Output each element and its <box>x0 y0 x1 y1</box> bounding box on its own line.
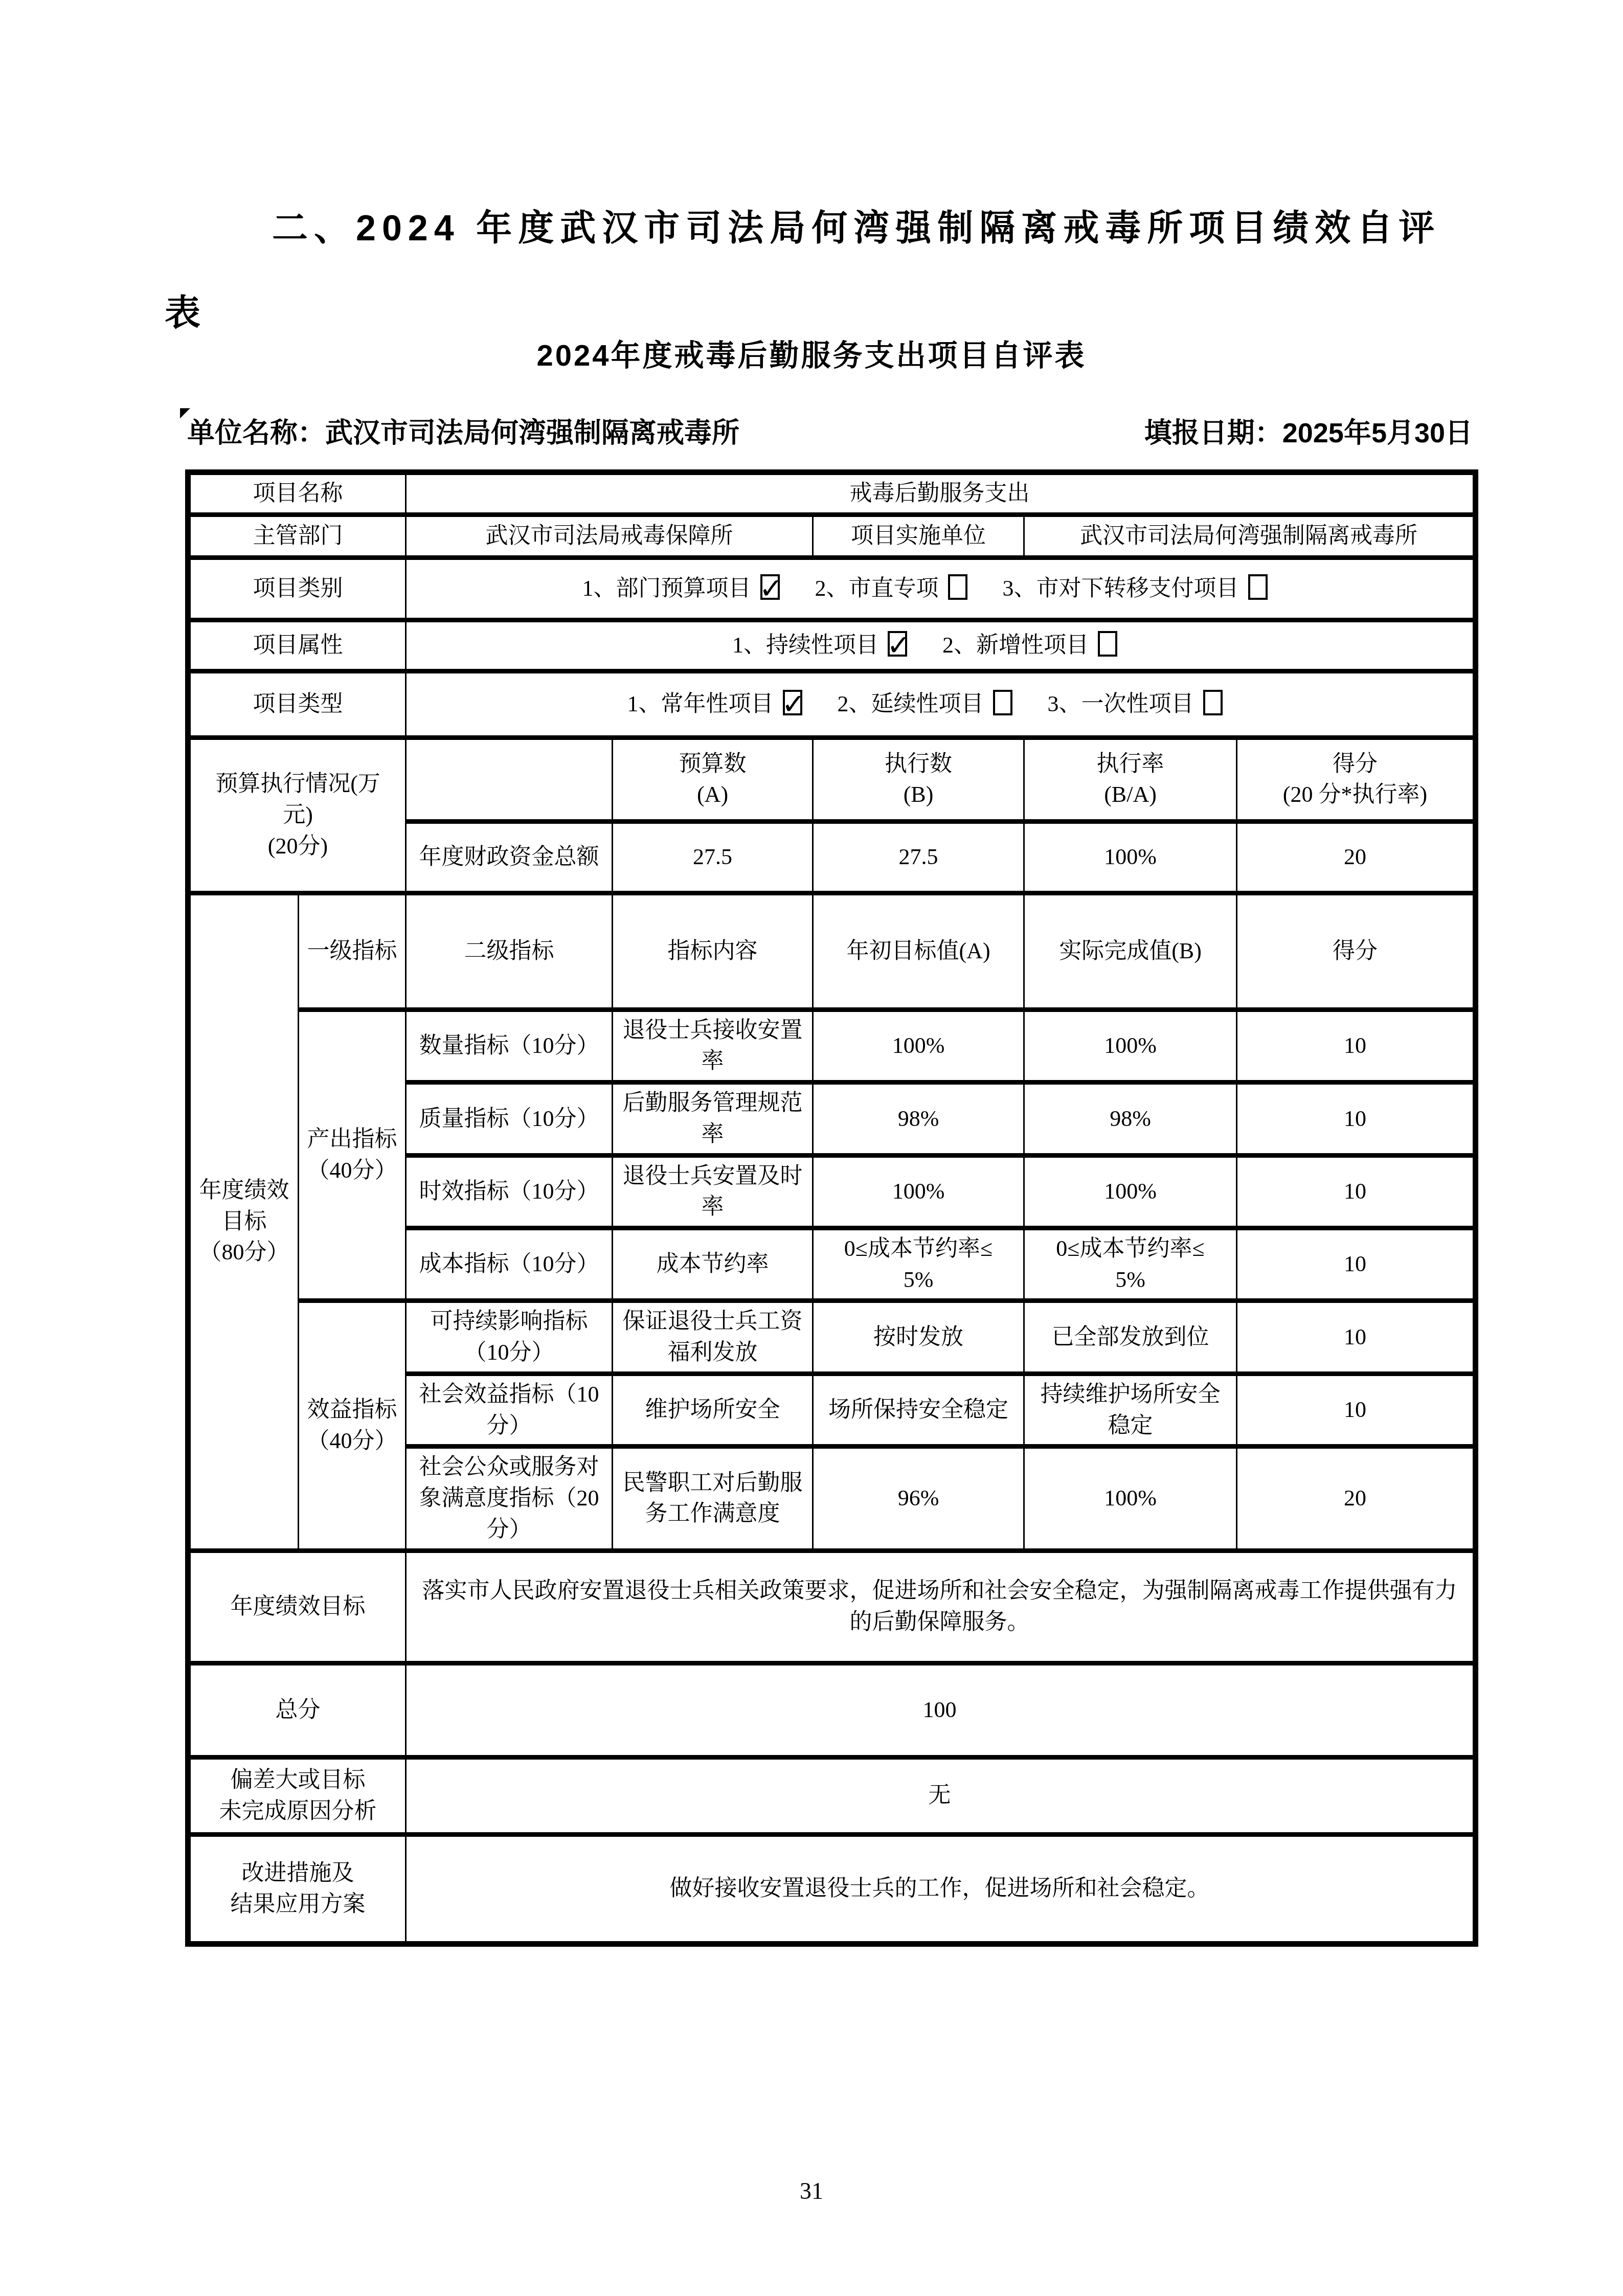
option-continuous-project: 1、持续性项目 <box>732 630 907 661</box>
cell-project-name-label: 项目名称 <box>188 472 406 515</box>
cell-social-benefit-actual: 持续维护场所安全 稳定 <box>1024 1374 1237 1446</box>
cell-deviation-value: 无 <box>406 1757 1476 1834</box>
checkbox-new-project[interactable] <box>1098 631 1117 657</box>
report-date-label: 填报日期： <box>1144 418 1282 448</box>
cell-satisfaction-score: 20 <box>1237 1447 1476 1550</box>
checkbox-extended-project[interactable] <box>993 690 1012 715</box>
option-city-special: 2、市直专项 <box>815 573 967 604</box>
checkbox-city-special[interactable] <box>948 574 967 600</box>
cell-header-content: 指标内容 <box>613 893 813 1009</box>
cell-satisfaction-indicator: 社会公众或服务对 象满意度指标（20 分） <box>406 1447 613 1550</box>
cell-attribute-options: 1、持续性项目 2、新增性项目 <box>406 620 1476 671</box>
cell-sustain-content: 保证退役士兵工资 福利发放 <box>613 1301 813 1374</box>
report-date: 填报日期：2025年5月30日 <box>1144 411 1473 451</box>
cell-benefit-group-label: 效益指标 （40分） <box>299 1301 406 1550</box>
cell-social-benefit-indicator: 社会效益指标（10 分） <box>406 1374 613 1446</box>
option-one-time-project: 3、一次性项目 <box>1048 689 1223 720</box>
cell-total-score-value: 100 <box>406 1663 1476 1757</box>
cell-satisfaction-content: 民警职工对后勤服 务工作满意度 <box>613 1447 813 1550</box>
option-new-project: 2、新增性项目 <box>942 630 1117 661</box>
table-row: 产出指标 （40分） 数量指标（10分） 退役士兵接收安置 率 100% 100… <box>188 1009 1476 1082</box>
cell-improvement-label: 改进措施及 结果应用方案 <box>188 1834 406 1944</box>
cell-cost-content: 成本节约率 <box>613 1228 813 1301</box>
cell-annual-goal-value: 落实市人民政府安置退役士兵相关政策要求，促进场所和社会安全稳定，为强制隔离戒毒工… <box>406 1550 1476 1663</box>
cell-budget-row-rate: 100% <box>1024 821 1237 893</box>
cell-sustain-target: 按时发放 <box>813 1301 1024 1374</box>
form-info-line: 单位名称：武汉市司法局何湾强制隔离戒毒所 填报日期：2025年5月30日 <box>187 411 1473 451</box>
document-page: 二、2024 年度武汉市司法局何湾强制隔离戒毒所项目绩效自评 表 2024年度戒… <box>0 0 1623 2296</box>
cell-header-actual: 实际完成值(B) <box>1024 893 1237 1009</box>
unit-name-value: 武汉市司法局何湾强制隔离戒毒所 <box>325 418 739 448</box>
report-date-value: 2025年5月30日 <box>1282 418 1473 448</box>
cell-budget-header-score: 得分 (20 分*执行率) <box>1237 737 1476 821</box>
cell-dept-label: 主管部门 <box>188 514 406 557</box>
table-row: 年度绩效目标 落实市人民政府安置退役士兵相关政策要求，促进场所和社会安全稳定，为… <box>188 1550 1476 1663</box>
option-label: 3、市对下转移支付项目 <box>1003 576 1239 601</box>
option-extended-project: 2、延续性项目 <box>838 689 1012 720</box>
cell-budget-row-budget: 27.5 <box>613 821 813 893</box>
table-row: 改进措施及 结果应用方案 做好接收安置退役士兵的工作，促进场所和社会稳定。 <box>188 1834 1476 1944</box>
cell-quantity-indicator: 数量指标（10分） <box>406 1009 613 1082</box>
cell-budget-header-budget: 预算数 (A) <box>613 737 813 821</box>
cell-attribute-label: 项目属性 <box>188 620 406 671</box>
table-row: 项目名称 戒毒后勤服务支出 <box>188 472 1476 515</box>
cell-type-label: 项目类型 <box>188 671 406 737</box>
cell-header-target: 年初目标值(A) <box>813 893 1024 1009</box>
cell-quantity-content: 退役士兵接收安置 率 <box>613 1009 813 1082</box>
cell-project-name-value: 戒毒后勤服务支出 <box>406 472 1476 515</box>
cell-timeliness-content: 退役士兵安置及时 率 <box>613 1155 813 1228</box>
option-label: 2、新增性项目 <box>942 633 1089 658</box>
cell-quality-indicator: 质量指标（10分） <box>406 1083 613 1155</box>
self-evaluation-table: 项目名称 戒毒后勤服务支出 主管部门 武汉市司法局戒毒保障所 项目实施单位 武汉… <box>185 469 1478 1947</box>
cell-cost-indicator: 成本指标（10分） <box>406 1228 613 1301</box>
cell-sustain-indicator: 可持续影响指标 （10分） <box>406 1301 613 1374</box>
table-row: 主管部门 武汉市司法局戒毒保障所 项目实施单位 武汉市司法局何湾强制隔离戒毒所 <box>188 514 1476 557</box>
cell-improvement-value: 做好接收安置退役士兵的工作，促进场所和社会稳定。 <box>406 1834 1476 1944</box>
cell-cost-target: 0≤成本节约率≤ 5% <box>813 1228 1024 1301</box>
checkbox-perennial-project[interactable] <box>783 690 802 715</box>
cell-header-score: 得分 <box>1237 893 1476 1009</box>
option-perennial-project: 1、常年性项目 <box>627 689 802 720</box>
cell-budget-row-exec: 27.5 <box>813 821 1024 893</box>
table-row: 年度绩效 目标 （80分） 一级指标 二级指标 指标内容 年初目标值(A) 实际… <box>188 893 1476 1009</box>
table-row: 项目属性 1、持续性项目 2、新增性项目 <box>188 620 1476 671</box>
option-label: 1、持续性项目 <box>732 633 878 658</box>
cell-budget-row-name: 年度财政资金总额 <box>406 821 613 893</box>
cell-total-score-label: 总分 <box>188 1663 406 1757</box>
cell-impl-unit-label: 项目实施单位 <box>813 514 1024 557</box>
cell-budget-empty <box>406 737 613 821</box>
option-label: 2、延续性项目 <box>838 691 984 716</box>
cell-quality-content: 后勤服务管理规范 率 <box>613 1083 813 1155</box>
cell-quality-actual: 98% <box>1024 1083 1237 1155</box>
cell-category-label: 项目类别 <box>188 557 406 620</box>
unit-name: 单位名称：武汉市司法局何湾强制隔离戒毒所 <box>187 411 739 451</box>
cell-social-benefit-content: 维护场所安全 <box>613 1374 813 1446</box>
unit-name-label: 单位名称： <box>187 418 325 448</box>
cell-satisfaction-target: 96% <box>813 1447 1024 1550</box>
table-row: 项目类别 1、部门预算项目 2、市直专项 3、市对下转移支付项目 <box>188 557 1476 620</box>
checkbox-dept-budget-project[interactable] <box>760 574 780 600</box>
page-number: 31 <box>0 2177 1623 2204</box>
cell-quality-target: 98% <box>813 1083 1024 1155</box>
document-title-line2: 表 <box>165 284 207 336</box>
cell-quality-score: 10 <box>1237 1083 1476 1155</box>
cell-quantity-score: 10 <box>1237 1009 1476 1082</box>
cell-satisfaction-actual: 100% <box>1024 1447 1237 1550</box>
form-subtitle: 2024年度戒毒后勤服务支出项目自评表 <box>0 331 1623 374</box>
cell-impl-unit-value: 武汉市司法局何湾强制隔离戒毒所 <box>1024 514 1476 557</box>
cell-quantity-actual: 100% <box>1024 1009 1237 1082</box>
option-label: 1、常年性项目 <box>627 691 774 716</box>
cell-budget-header-exec: 执行数 (B) <box>813 737 1024 821</box>
cell-cost-score: 10 <box>1237 1228 1476 1301</box>
cell-budget-header-rate: 执行率 (B/A) <box>1024 737 1237 821</box>
cell-timeliness-actual: 100% <box>1024 1155 1237 1228</box>
table-row: 总分 100 <box>188 1663 1476 1757</box>
cell-quantity-target: 100% <box>813 1009 1024 1082</box>
cell-cost-actual: 0≤成本节约率≤ 5% <box>1024 1228 1237 1301</box>
option-label: 2、市直专项 <box>815 576 939 601</box>
cell-timeliness-score: 10 <box>1237 1155 1476 1228</box>
cell-dept-value: 武汉市司法局戒毒保障所 <box>406 514 813 557</box>
document-title-line1: 二、2024 年度武汉市司法局何湾强制隔离戒毒所项目绩效自评 <box>272 199 1440 251</box>
cell-sustain-actual: 已全部发放到位 <box>1024 1301 1237 1374</box>
cell-annual-goal-section-label: 年度绩效 目标 （80分） <box>188 893 299 1550</box>
cell-social-benefit-score: 10 <box>1237 1374 1476 1446</box>
cell-timeliness-indicator: 时效指标（10分） <box>406 1155 613 1228</box>
cell-deviation-label: 偏差大或目标 未完成原因分析 <box>188 1757 406 1834</box>
option-label: 3、一次性项目 <box>1048 691 1194 716</box>
table-row: 预算执行情况(万 元) (20分) 预算数 (A) 执行数 (B) 执行率 (B… <box>188 737 1476 821</box>
table-row: 偏差大或目标 未完成原因分析 无 <box>188 1757 1476 1834</box>
cell-output-group-label: 产出指标 （40分） <box>299 1009 406 1301</box>
table-row: 项目类型 1、常年性项目 2、延续性项目 3、一次性项目 <box>188 671 1476 737</box>
cell-social-benefit-target: 场所保持安全稳定 <box>813 1374 1024 1446</box>
option-transfer-payment: 3、市对下转移支付项目 <box>1003 573 1268 604</box>
cell-budget-section-label: 预算执行情况(万 元) (20分) <box>188 737 406 893</box>
cell-sustain-score: 10 <box>1237 1301 1476 1374</box>
cell-header-level1: 一级指标 <box>299 893 406 1009</box>
checkbox-continuous-project[interactable] <box>888 631 907 657</box>
option-label: 1、部门预算项目 <box>582 576 751 601</box>
cell-annual-goal-label: 年度绩效目标 <box>188 1550 406 1663</box>
option-dept-budget-project: 1、部门预算项目 <box>582 573 780 604</box>
cell-budget-row-score: 20 <box>1237 821 1476 893</box>
cell-type-options: 1、常年性项目 2、延续性项目 3、一次性项目 <box>406 671 1476 737</box>
table-row: 效益指标 （40分） 可持续影响指标 （10分） 保证退役士兵工资 福利发放 按… <box>188 1301 1476 1374</box>
checkbox-transfer-payment[interactable] <box>1248 574 1268 600</box>
cell-category-options: 1、部门预算项目 2、市直专项 3、市对下转移支付项目 <box>406 557 1476 620</box>
cell-header-level2: 二级指标 <box>406 893 613 1009</box>
cell-timeliness-target: 100% <box>813 1155 1024 1228</box>
checkbox-one-time-project[interactable] <box>1203 690 1223 715</box>
